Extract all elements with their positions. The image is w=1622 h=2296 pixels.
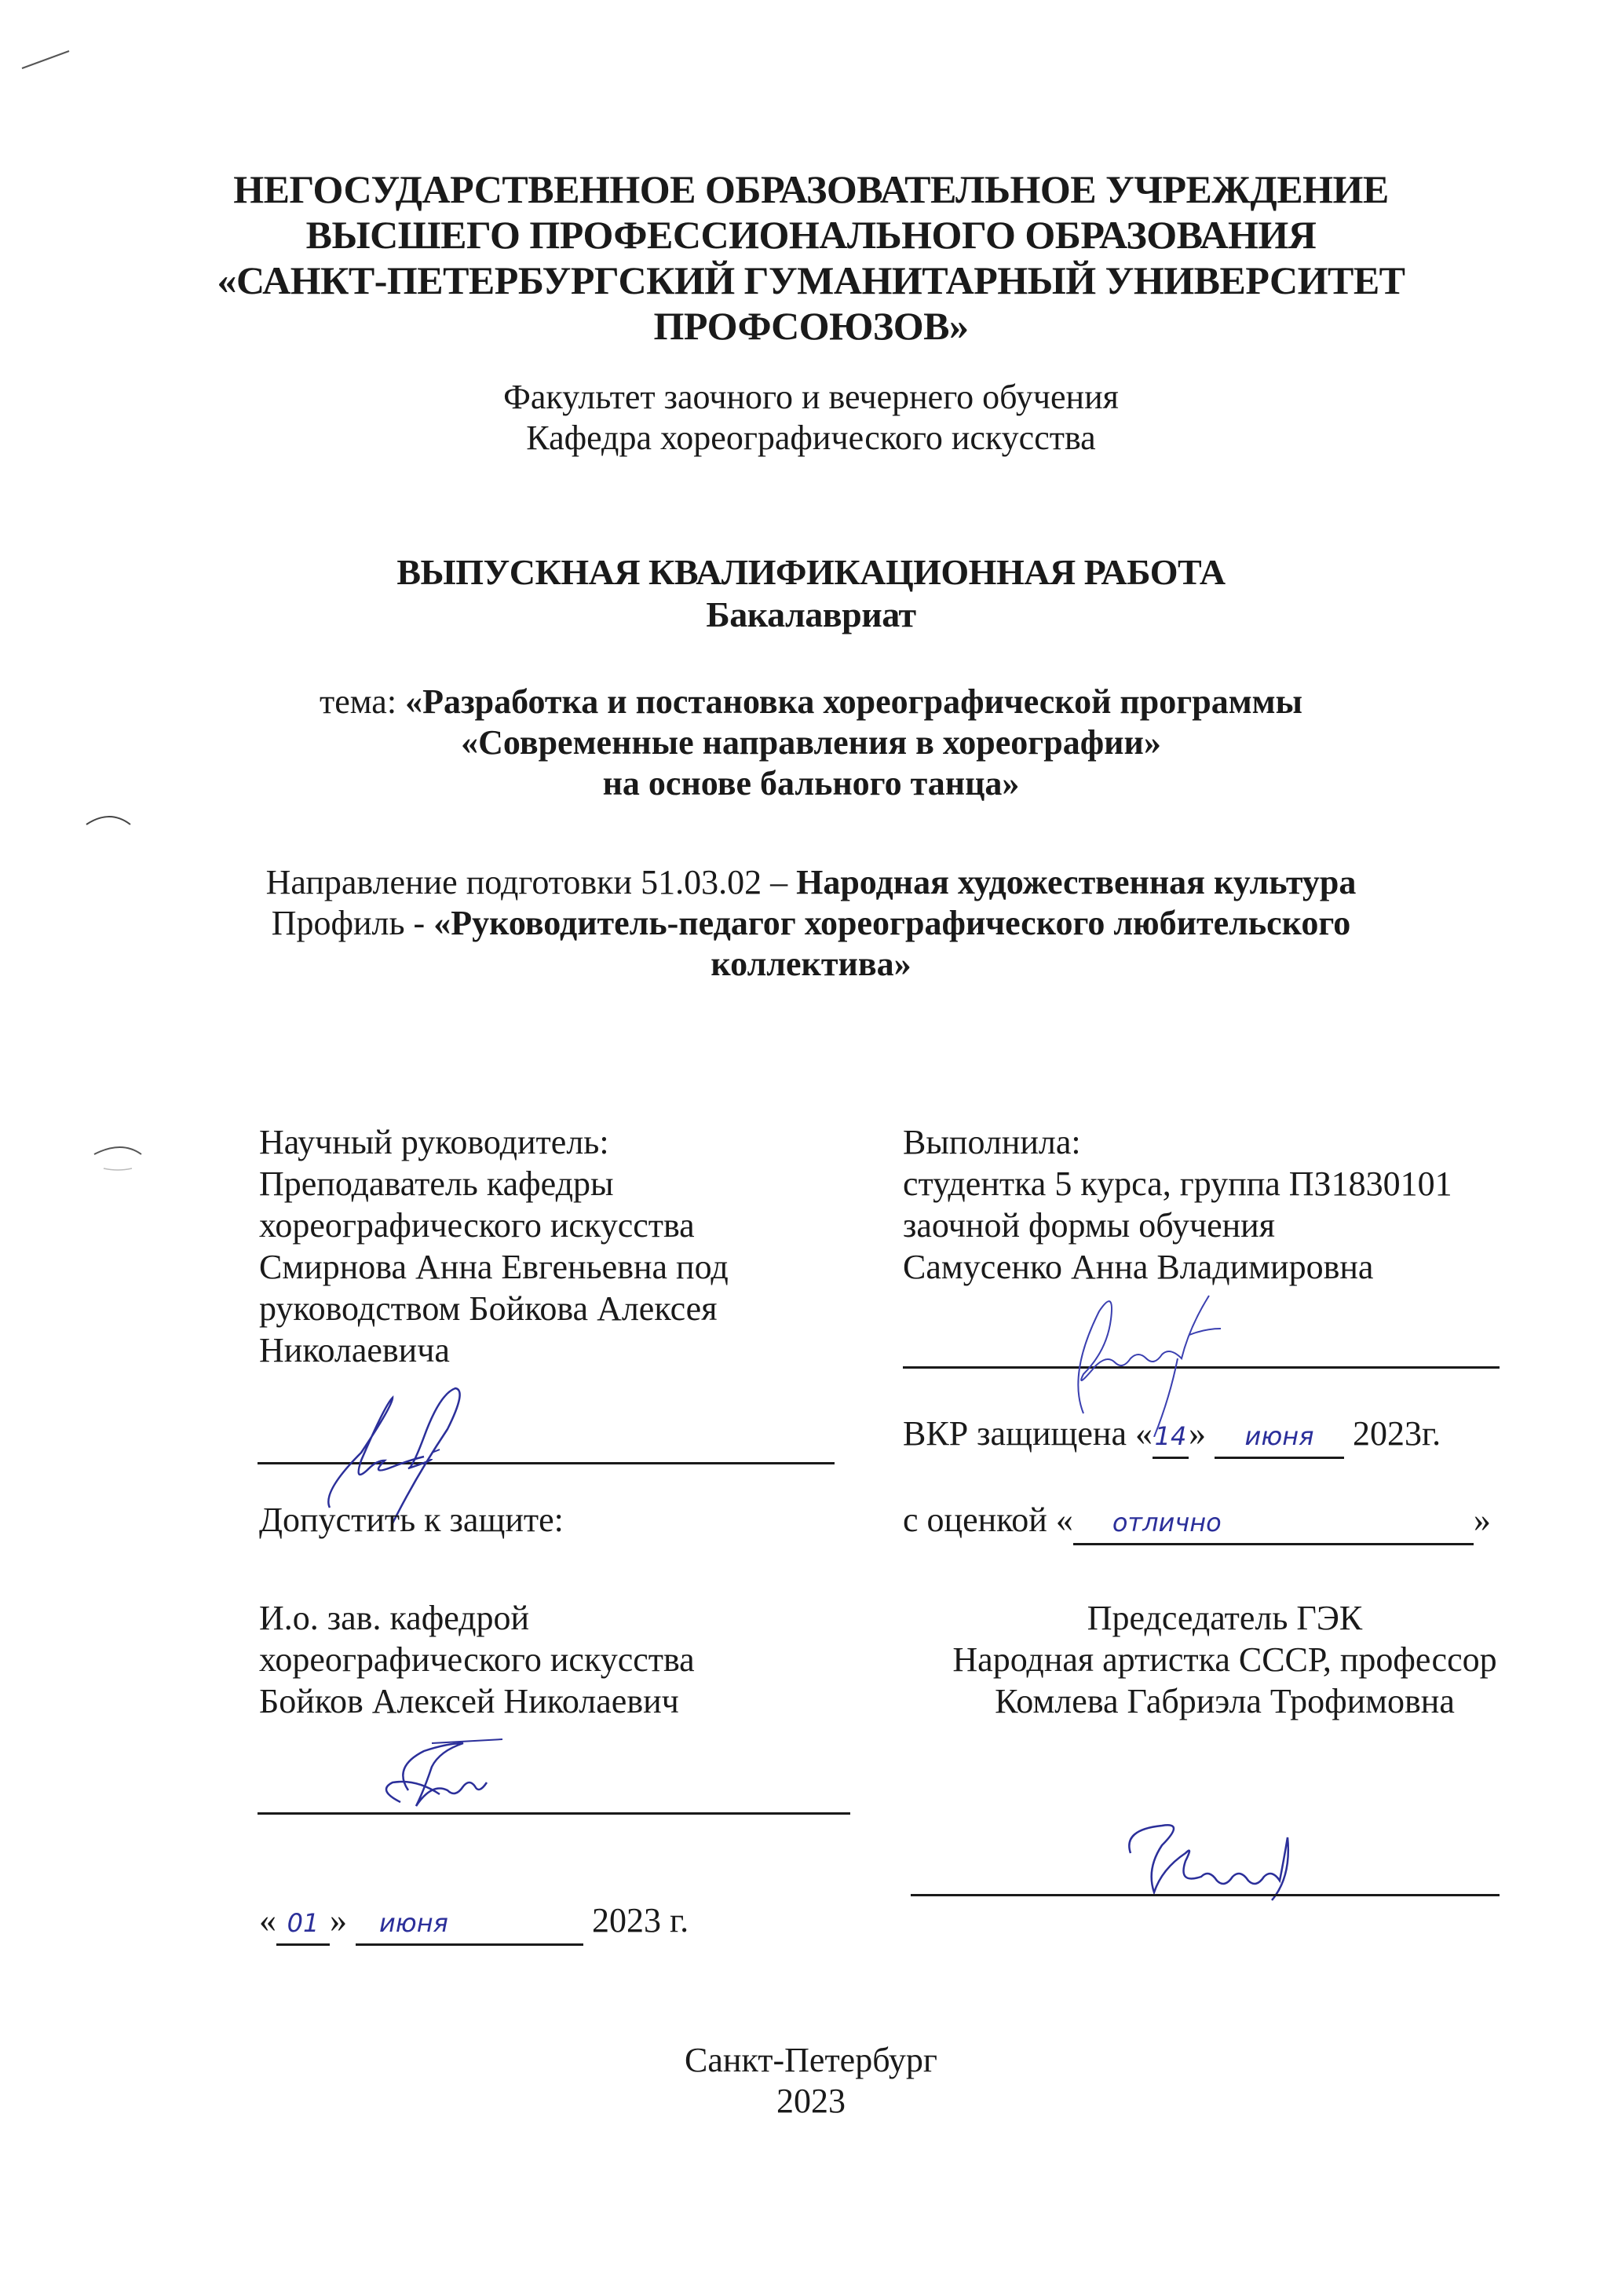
profile-value-2: коллектива» (0, 944, 1622, 985)
degree: Бакалавриат (0, 594, 1622, 636)
topic-line-1: тема: «Разработка и постановка хореограф… (0, 682, 1622, 722)
admission-line: Бойков Алексей Николаевич (259, 1680, 856, 1722)
institution-line-2: ВЫСШЕГО ПРОФЕССИОНАЛЬНОГО ОБРАЗОВАНИЯ (0, 212, 1622, 258)
profile-line: Профиль - «Руководитель-педагог хореогра… (0, 903, 1622, 944)
defense-year: 2023г. (1353, 1414, 1441, 1453)
direction-prefix: Направление подготовки 51.03.02 – (266, 863, 797, 901)
profile-value-1: «Руководитель-педагог хореографического … (433, 904, 1350, 942)
supervisor-heading: Научный руководитель: (259, 1121, 856, 1163)
institution-header: НЕГОСУДАРСТВЕННОЕ ОБРАЗОВАТЕЛЬНОЕ УЧРЕЖД… (0, 166, 1622, 349)
defense-date-row: ВКР защищена «14» июня 2023г. (903, 1413, 1441, 1459)
defense-label: ВКР защищена « (903, 1414, 1153, 1453)
admission-date-open: « (259, 1901, 276, 1940)
chairman-line: Комлева Габриэла Трофимовна (895, 1680, 1554, 1722)
chairman-line: Народная артистка СССР, профессор (895, 1639, 1554, 1680)
department-name: Кафедра хореографического искусства (0, 418, 1622, 459)
topic-line-2: «Современные направления в хореографии» (0, 722, 1622, 763)
head-signature (345, 1735, 502, 1822)
direction-line: Направление подготовки 51.03.02 – Народн… (0, 862, 1622, 903)
student-heading: Выполнила: (903, 1121, 1547, 1163)
student-line: заочной формы обучения (903, 1205, 1547, 1246)
admission-year: 2023 г. (592, 1901, 689, 1940)
admission-day: 01 (276, 1903, 330, 1946)
head-signature-line (258, 1812, 850, 1815)
supervisor-line: Преподаватель кафедры (259, 1163, 856, 1205)
defense-mid: » (1189, 1414, 1206, 1453)
admission-line: хореографического искусства (259, 1639, 856, 1680)
admission-heading: Допустить к защите: (259, 1500, 564, 1541)
chairman-block: Председатель ГЭК Народная артистка СССР,… (895, 1597, 1554, 1722)
work-type: ВЫПУСКНАЯ КВАЛИФИКАЦИОННАЯ РАБОТА (0, 551, 1622, 594)
supervisor-line: Николаевича (259, 1329, 856, 1371)
punch-hole-mark (79, 801, 141, 832)
defense-day: 14 (1153, 1416, 1189, 1459)
scan-mark (16, 43, 79, 75)
footer-city: Санкт-Петербург (0, 2040, 1622, 2081)
footer-block: Санкт-Петербург 2023 (0, 2040, 1622, 2122)
admission-month: июня (356, 1903, 583, 1946)
supervisor-line: хореографического искусства (259, 1205, 856, 1246)
admission-block: И.о. зав. кафедрой хореографического иск… (259, 1597, 856, 1722)
chairman-signature-line (911, 1894, 1500, 1896)
student-line: студентка 5 курса, группа ПЗ1830101 (903, 1163, 1547, 1205)
direction-value: Народная художественная культура (796, 863, 1356, 901)
faculty-name: Факультет заочного и вечернего обучения (0, 377, 1622, 418)
admission-date-row: «01» июня 2023 г. (259, 1900, 689, 1946)
topic-line-3: на основе бального танца» (0, 763, 1622, 804)
admission-line: И.о. зав. кафедрой (259, 1597, 856, 1639)
student-block: Выполнила: студентка 5 курса, группа ПЗ1… (903, 1121, 1547, 1288)
footer-year: 2023 (0, 2081, 1622, 2122)
grade-row: с оценкой «отлично» (903, 1500, 1491, 1545)
topic-block: тема: «Разработка и постановка хореограф… (0, 682, 1622, 804)
defense-month: июня (1215, 1416, 1344, 1459)
profile-prefix: Профиль - (272, 904, 434, 942)
institution-line-1: НЕГОСУДАРСТВЕННОЕ ОБРАЗОВАТЕЛЬНОЕ УЧРЕЖД… (0, 166, 1622, 212)
institution-line-4: ПРОФСОЮЗОВ» (0, 303, 1622, 349)
grade-close: » (1474, 1501, 1491, 1539)
grade-value: отлично (1073, 1502, 1474, 1545)
supervisor-line: руководством Бойкова Алексея (259, 1288, 856, 1329)
grade-label: с оценкой « (903, 1501, 1073, 1539)
admission-date-close: » (330, 1901, 347, 1940)
faculty-block: Факультет заочного и вечернего обучения … (0, 377, 1622, 459)
supervisor-block: Научный руководитель: Преподаватель кафе… (259, 1121, 856, 1371)
work-type-block: ВЫПУСКНАЯ КВАЛИФИКАЦИОННАЯ РАБОТА Бакала… (0, 551, 1622, 636)
topic-title-1: «Разработка и постановка хореографическо… (405, 682, 1302, 721)
punch-hole-mark (86, 1131, 149, 1178)
institution-line-3: «САНКТ-ПЕТЕРБУРГСКИЙ ГУМАНИТАРНЫЙ УНИВЕР… (0, 258, 1622, 303)
chairman-line: Председатель ГЭК (895, 1597, 1554, 1639)
topic-prefix: тема: (320, 682, 405, 721)
supervisor-line: Смирнова Анна Евгеньевна под (259, 1246, 856, 1288)
direction-block: Направление подготовки 51.03.02 – Народн… (0, 862, 1622, 985)
